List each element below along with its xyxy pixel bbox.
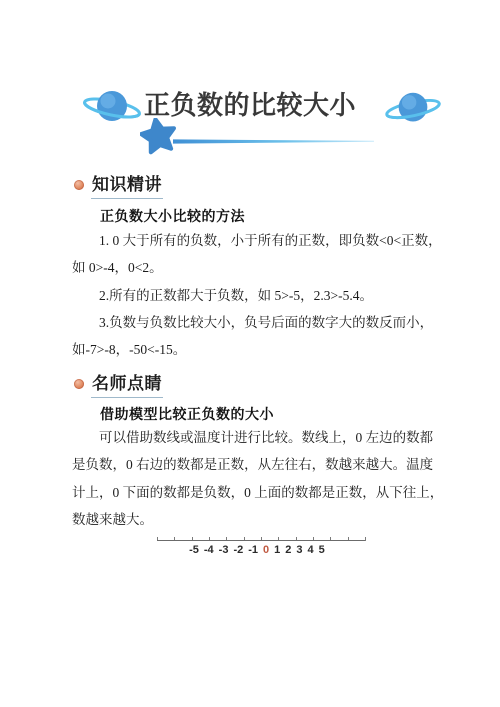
paragraph-model: 可以借助数线或温度计进行比较。数线上，0 左边的数都 是负数，0 右边的数都是正… [72, 424, 457, 534]
number-line-label: -4 [204, 544, 214, 556]
number-line-label: 5 [319, 544, 325, 556]
section-heading-tips: 名师点睛 [74, 369, 163, 398]
number-line-label: 4 [308, 544, 314, 556]
subheading-method: 正负数大小比较的方法 [100, 206, 245, 226]
paragraph-rule-1: 1. 0 大于所有的负数，小于所有的正数，即负数<0<正数， 如 0>-4，0<… [72, 227, 457, 282]
number-line-label: 2 [285, 544, 291, 556]
number-line-label: -2 [233, 544, 243, 556]
subheading-model: 借助模型比较正负数的大小 [100, 404, 274, 424]
title-underline-rule [173, 132, 374, 150]
paragraph-rule-2: 2.所有的正数都大于负数，如 5>-5，2.3>-5.4。 [72, 282, 457, 309]
number-line-label: 3 [296, 544, 302, 556]
number-line-label: -5 [189, 544, 199, 556]
number-line-label: 1 [274, 544, 280, 556]
number-line-label: -3 [219, 544, 229, 556]
sphere-bullet-icon [74, 379, 84, 389]
number-line: -5-4-3-2-1012345 [157, 533, 365, 561]
section-heading-label: 知识精讲 [91, 170, 163, 199]
worksheet-page: 正负数的比较大小 [0, 0, 500, 707]
section-heading-label: 名师点睛 [91, 369, 163, 398]
sphere-bullet-icon [74, 180, 84, 190]
star-icon [140, 118, 177, 160]
paragraph-rule-3: 3.负数与负数比较大小，负号后面的数字大的数反而小， 如-7>-8，-50<-1… [72, 309, 457, 364]
number-line-labels: -5-4-3-2-1012345 [189, 544, 325, 556]
number-line-axis [157, 540, 365, 541]
planet-icon-right [384, 87, 442, 137]
number-line-label: -1 [248, 544, 258, 556]
number-line-tick [365, 537, 366, 542]
section-heading-knowledge: 知识精讲 [74, 170, 163, 199]
number-line-label: 0 [263, 544, 269, 556]
